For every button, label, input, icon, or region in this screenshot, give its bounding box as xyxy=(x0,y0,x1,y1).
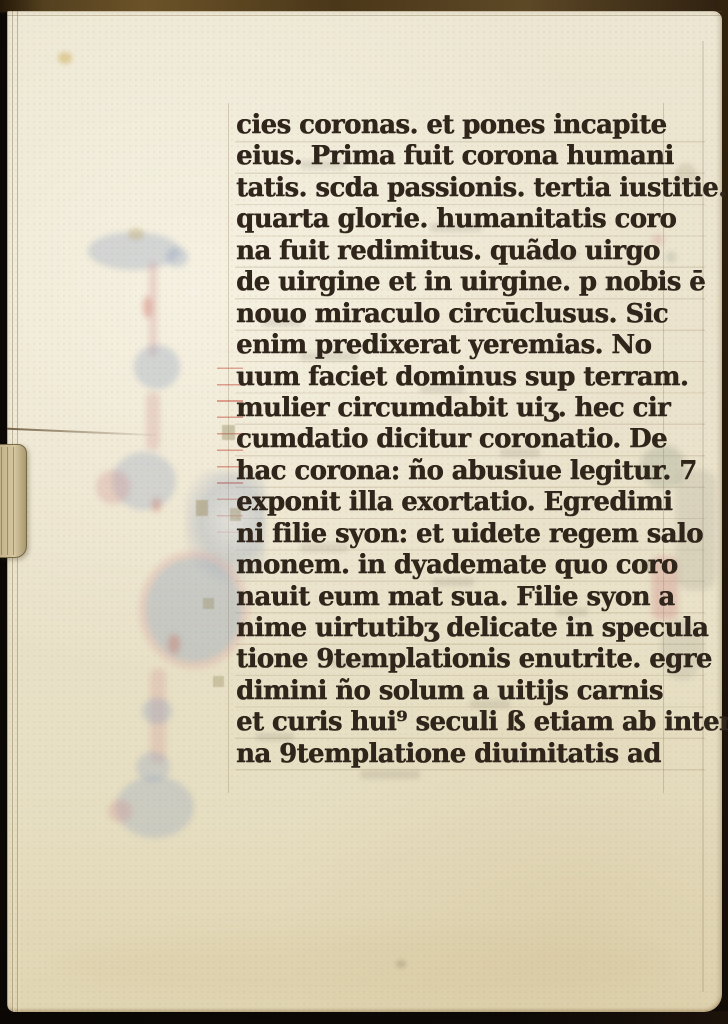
text-line: na 9templatione diuinitatis ad xyxy=(236,739,728,770)
text-line: tione 9templationis enutrite. egre xyxy=(236,644,728,675)
text-line: dimini ño solum a uitijs carnis xyxy=(236,676,728,707)
text-line: et curis hui⁹ seculi ß etiam ab inter xyxy=(236,707,728,738)
showthrough-red-mark xyxy=(168,634,180,654)
showthrough-ornament xyxy=(108,800,132,822)
stain-spot xyxy=(60,930,660,1000)
text-line: mulier circumdabit uiʒ. hec cir xyxy=(236,393,728,424)
book-edge-bottom xyxy=(0,1011,728,1024)
showthrough-ornament xyxy=(166,247,188,267)
text-line: quarta glorie. humanitatis coro xyxy=(236,204,728,235)
showthrough-ornament xyxy=(96,470,130,504)
showthrough-ornament xyxy=(146,558,242,662)
manuscript-photo: cies coronas. et pones incapite eius. Pr… xyxy=(0,0,728,1024)
text-line: tatis. scda passionis. tertia iustitie. xyxy=(236,173,728,204)
showthrough-gold-fleck xyxy=(196,500,208,516)
showthrough-gold-fleck xyxy=(222,425,235,440)
showthrough-ornament xyxy=(142,698,172,724)
showthrough-red-mark xyxy=(152,498,161,512)
text-line: cies coronas. et pones incapite xyxy=(236,110,728,141)
page-edge-lines-top xyxy=(7,11,722,19)
showthrough-stem xyxy=(146,392,160,450)
text-line: nouo miraculo circūclusus. Sic xyxy=(236,299,728,330)
parchment-page: cies coronas. et pones incapite eius. Pr… xyxy=(7,11,722,1012)
text-line: eius. Prima fuit corona humani xyxy=(236,141,728,172)
stain-spot xyxy=(128,228,144,240)
text-line: nauit eum mat sua. Filie syon a xyxy=(236,582,728,613)
fore-edge-tab xyxy=(0,444,27,558)
text-line: uum faciet dominus sup terram. xyxy=(236,362,728,393)
text-line: hac corona: ño abusiue legitur. 7 xyxy=(236,456,728,487)
showthrough-gold-fleck xyxy=(213,676,224,687)
showthrough-red-mark xyxy=(143,296,152,318)
text-block: cies coronas. et pones incapite eius. Pr… xyxy=(236,110,728,770)
text-line: cumdatio dicitur coronatio. De xyxy=(236,424,728,455)
showthrough-gold-fleck xyxy=(203,598,214,609)
parchment-crack xyxy=(7,428,159,437)
showthrough-text xyxy=(360,770,420,779)
stain-spot xyxy=(58,52,72,64)
text-line: exponit illa exortatio. Egredimi xyxy=(236,487,728,518)
text-line: na fuit redimitus. quãdo uirgo xyxy=(236,236,728,267)
text-line: ni filie syon: et uidete regem salo xyxy=(236,519,728,550)
text-line: monem. in dyademate quo coro xyxy=(236,550,728,581)
text-line: de uirgine et in uirgine. p nobis ē xyxy=(236,267,728,298)
text-line: enim predixerat yeremias. No xyxy=(236,330,728,361)
text-line: nime uirtutibʒ delicate in specula xyxy=(236,613,728,644)
showthrough-ornament xyxy=(134,345,180,389)
